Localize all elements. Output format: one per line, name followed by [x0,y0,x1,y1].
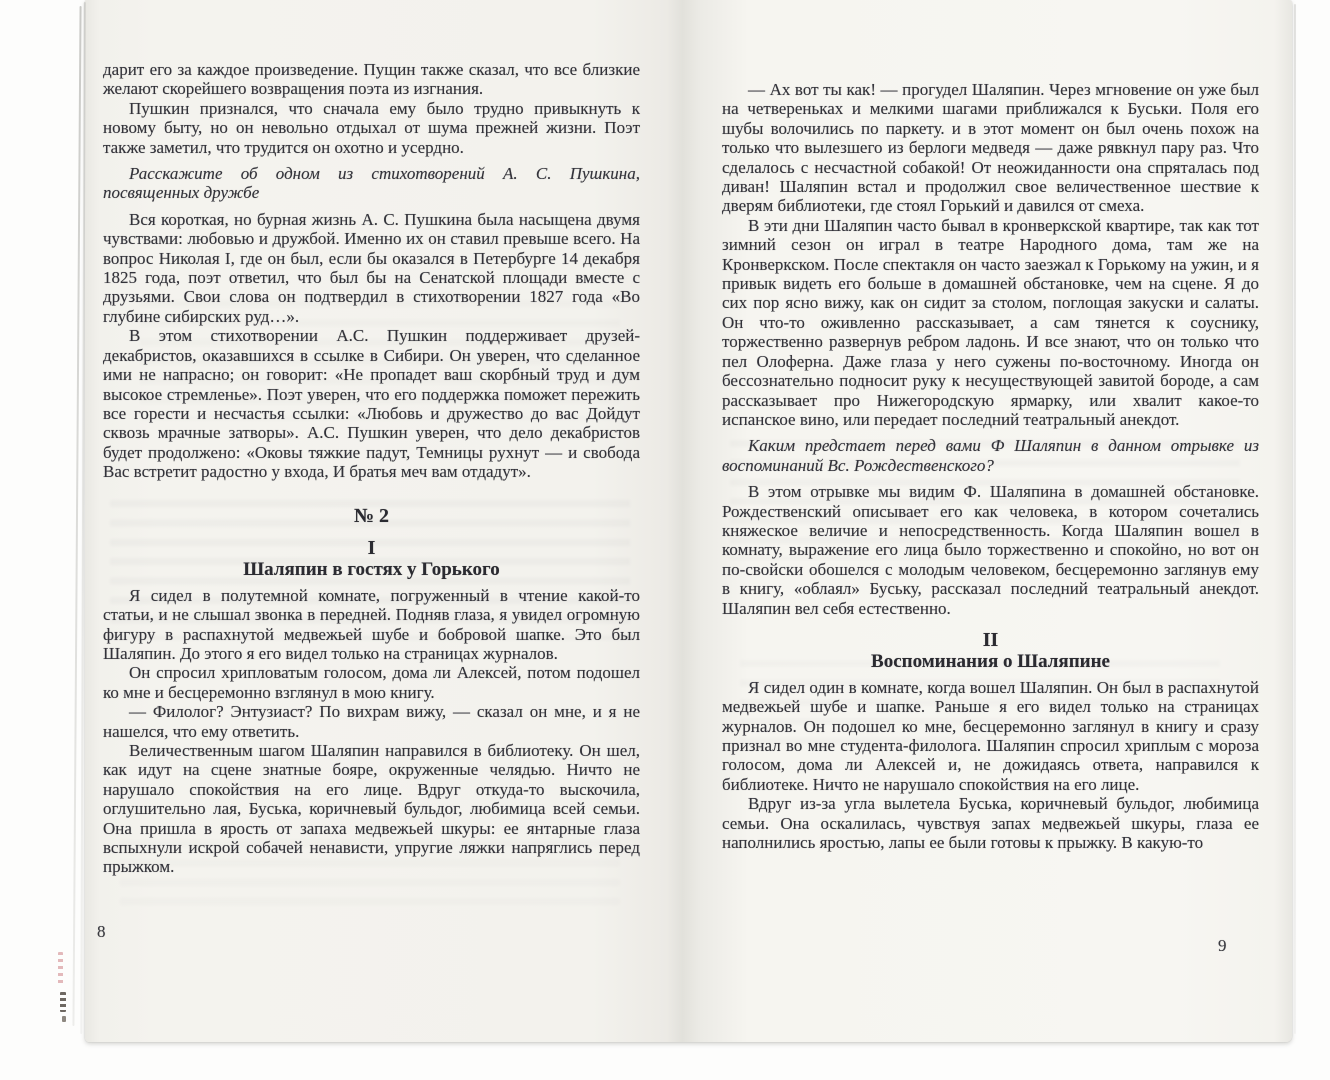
page-number-right: 9 [1218,936,1227,956]
section-heading: Шаляпин в гостях у Горького [103,560,640,579]
paragraph: Расскажите об одном из стихотворений А. … [103,164,640,203]
section-heading: Воспоминания о Шаляпине [722,652,1259,671]
right-page-text: — Ах вот ты как! — прогудел Шаляпин. Чер… [722,80,1259,852]
book-scan: дарит его за каждое произведение. Пущин … [0,0,1330,1080]
paragraph: Я сидел один в комнате, когда вошел Шаля… [722,678,1259,794]
paragraph: Вся короткая, но бурная жизнь А. С. Пушк… [103,210,640,326]
paragraph: В этом отрывке мы видим Ф. Шаляпина в до… [722,482,1259,618]
left-page-text: дарит его за каждое произведение. Пущин … [103,60,640,877]
edge-mark-speck [62,1016,66,1022]
paragraph: Он спросил хрипловатым голосом, дома ли … [103,663,640,702]
right-page-edge [1294,4,1296,1034]
edge-mark-dark [60,992,66,1012]
section-heading: II [722,631,1259,650]
paragraph: Каким предстает перед вами Ф Шаляпин в д… [722,436,1259,475]
paragraph: В эти дни Шаляпин часто бывал в кронверк… [722,216,1259,429]
edge-mark-pink [58,952,63,986]
paragraph: В этом стихотворении А.С. Пушкин поддерж… [103,326,640,481]
paragraph: Я сидел в полутемной комнате, погруженны… [103,586,640,664]
section-heading: I [103,539,640,558]
paragraph: Пушкин признался, что сначала ему было т… [103,99,640,157]
paragraph: — Филолог? Энтузиаст? По вихрам вижу, — … [103,702,640,741]
section-heading: № 2 [103,507,640,526]
page-number-left: 8 [97,922,106,942]
paragraph: Величественным шагом Шаляпин направился … [103,741,640,877]
paragraph: дарит его за каждое произведение. Пущин … [103,60,640,99]
paragraph: — Ах вот ты как! — прогудел Шаляпин. Чер… [722,80,1259,216]
paragraph: Вдруг из-за угла вылетела Буська, коричн… [722,794,1259,852]
